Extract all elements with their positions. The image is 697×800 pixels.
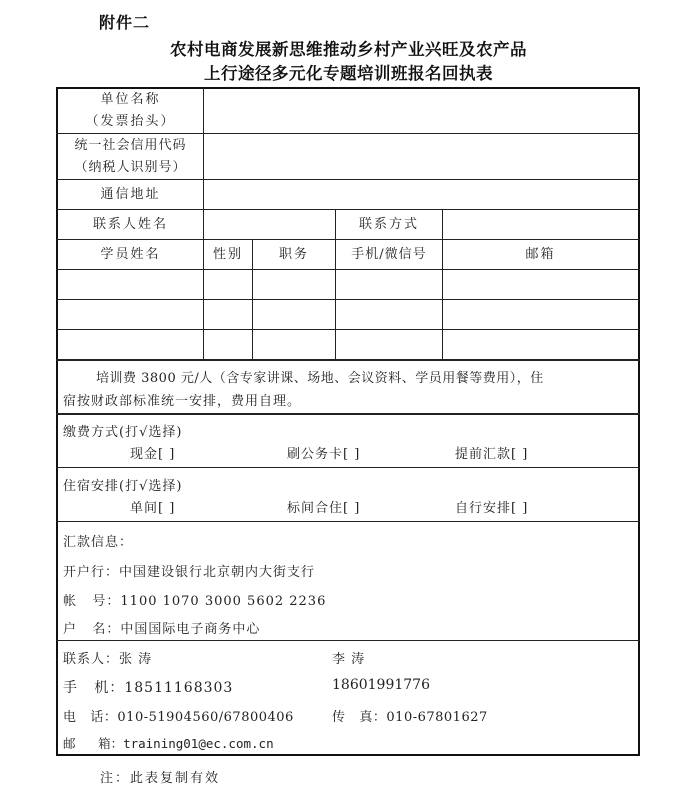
contact-mobile-2: 18601991776	[332, 677, 430, 693]
credit-code-label-line2: （纳税人识别号）	[74, 157, 186, 179]
lodging-label: 住宿安排(打√选择)	[63, 475, 182, 494]
student-row-3-phone[interactable]	[336, 330, 442, 359]
student-row-3-email[interactable]	[443, 330, 638, 359]
unit-name-label-line1: 单位名称	[100, 89, 160, 111]
payment-option-official-card[interactable]: 刷公务卡[ ]	[287, 443, 360, 462]
column-header-gender: 性别	[204, 240, 252, 269]
divider	[56, 467, 640, 468]
student-row-1-email[interactable]	[443, 270, 638, 299]
student-row-1-phone[interactable]	[336, 270, 442, 299]
column-header-email: 邮箱	[443, 240, 638, 269]
divider	[56, 640, 640, 641]
address-label: 通信地址	[58, 180, 203, 209]
column-header-position: 职务	[253, 240, 335, 269]
fee-description-line2: 宿按财政部标准统一安排，费用自理。	[63, 390, 301, 409]
student-row-1-position[interactable]	[253, 270, 335, 299]
student-row-1-gender[interactable]	[204, 270, 252, 299]
student-row-2-gender[interactable]	[204, 300, 252, 329]
attachment-label: 附件二	[99, 10, 150, 33]
form-title-line2: 上行途径多元化专题培训班报名回执表	[0, 60, 697, 84]
unit-name-input[interactable]	[204, 88, 638, 133]
contact-method-label: 联系方式	[336, 210, 442, 239]
footer-note: 注：此表复制有效	[100, 767, 220, 786]
contact-email: 邮 箱：training01@ec.com.cn	[63, 734, 274, 752]
contact-fax: 传 真：010-67801627	[332, 706, 488, 725]
contact-name-label: 联系人姓名	[58, 210, 203, 239]
credit-code-label: 统一社会信用代码 （纳税人识别号）	[58, 134, 203, 179]
divider	[56, 359, 640, 361]
address-input[interactable]	[204, 180, 638, 209]
credit-code-input[interactable]	[204, 134, 638, 179]
column-header-student-name: 学员姓名	[58, 240, 203, 269]
student-row-2-phone[interactable]	[336, 300, 442, 329]
lodging-option-self[interactable]: 自行安排[ ]	[455, 497, 528, 516]
column-header-phone-wechat: 手机/微信号	[336, 240, 442, 269]
contact-mobile-1: 手 机：18511168303	[63, 677, 233, 697]
unit-name-label: 单位名称 （发票抬头）	[58, 88, 203, 133]
payment-option-cash[interactable]: 现金[ ]	[130, 443, 175, 462]
payment-method-label: 缴费方式(打√选择)	[63, 421, 182, 440]
fee-description-line1: 培训费 3800 元/人（含专家讲课、场地、会议资料、学员用餐等费用），住	[96, 367, 544, 386]
divider	[56, 521, 640, 522]
remittance-account: 帐 号：1100 1070 3000 5602 2236	[63, 590, 326, 609]
remittance-account-name: 户 名：中国国际电子商务中心	[63, 618, 260, 637]
form-title-line1: 农村电商发展新思维推动乡村产业兴旺及农产品	[0, 36, 697, 60]
lodging-option-single[interactable]: 单间[ ]	[130, 497, 175, 516]
payment-option-remit[interactable]: 提前汇款[ ]	[455, 443, 528, 462]
student-row-3-name[interactable]	[58, 330, 203, 359]
divider	[56, 413, 640, 415]
remittance-bank: 开户行：中国建设银行北京朝内大街支行	[63, 561, 315, 580]
unit-name-label-line2: （发票抬头）	[85, 111, 175, 133]
contact-name-input[interactable]	[204, 210, 335, 239]
student-row-2-position[interactable]	[253, 300, 335, 329]
contact-method-input[interactable]	[443, 210, 638, 239]
contact-phone: 电 话：010-51904560/67800406	[63, 706, 294, 725]
contact-person-2: 李 涛	[332, 648, 365, 667]
remittance-label: 汇款信息：	[63, 531, 133, 550]
student-row-1-name[interactable]	[58, 270, 203, 299]
student-row-2-email[interactable]	[443, 300, 638, 329]
student-row-3-position[interactable]	[253, 330, 335, 359]
lodging-option-shared[interactable]: 标间合住[ ]	[287, 497, 360, 516]
student-row-2-name[interactable]	[58, 300, 203, 329]
student-row-3-gender[interactable]	[204, 330, 252, 359]
credit-code-label-line1: 统一社会信用代码	[74, 135, 186, 157]
contact-person-1: 联系人：张 涛	[63, 648, 152, 667]
